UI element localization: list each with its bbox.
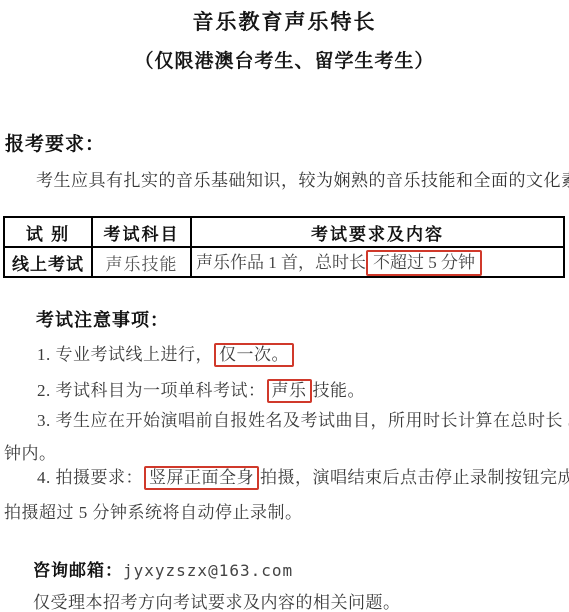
header-subject: 考试科目: [92, 217, 191, 247]
note1-highlight-box: 仅一次。: [214, 343, 294, 367]
exam-table: 试 别 考试科目 考试要求及内容 线上考试 声乐技能 声乐作品 1 首，总时长不…: [3, 216, 565, 278]
requirements-body: 考生应具有扎实的音乐基础知识，较为娴熟的音乐技能和全面的文化素养。: [36, 166, 569, 191]
notes-heading: 考试注意事项：: [36, 306, 169, 332]
note-item-3-line1: 3. 考生应在开始演唱前自报姓名及考试曲目，所用时长计算在总时长 5 分: [37, 406, 569, 431]
note2-text: 2. 考试科目为一项单科考试：: [37, 381, 266, 400]
contact-label: 咨询邮箱：: [33, 561, 123, 580]
note2-highlight-box: 声乐: [267, 379, 312, 403]
note2-suffix: 技能。: [313, 381, 366, 400]
cell-exam-type: 线上考试: [4, 247, 92, 277]
note-item-1: 1. 专业考试线上进行，仅一次。: [37, 340, 295, 367]
requirements-heading: 报考要求：: [5, 129, 105, 156]
content-prefix: 声乐作品 1 首，总时长: [196, 253, 366, 272]
note4-prefix: 4. 拍摄要求：: [37, 468, 143, 487]
page-title: 音乐教育声乐特长: [0, 6, 569, 36]
note-item-3-line2: 钟内。: [4, 439, 57, 464]
cell-content: 声乐作品 1 首，总时长不超过 5 分钟: [191, 247, 564, 277]
exam-table-header-row: 试 别 考试科目 考试要求及内容: [4, 217, 564, 247]
contact-note: 仅受理本招考方向考试要求及内容的相关问题。: [33, 588, 401, 612]
exam-table-data-row: 线上考试 声乐技能 声乐作品 1 首，总时长不超过 5 分钟: [4, 247, 564, 277]
page-subtitle: （仅限港澳台考生、留学生考生）: [0, 46, 569, 73]
contact-email: jyxyzszx@163.com: [123, 561, 293, 580]
note4-suffix: 拍摄，演唱结束后点击停止录制按钮完成录制，: [260, 468, 569, 487]
cell-subject: 声乐技能: [92, 247, 191, 277]
header-content: 考试要求及内容: [191, 217, 564, 247]
note1-text: 1. 专业考试线上进行，: [37, 345, 213, 364]
contact-row: 咨询邮箱：jyxyzszx@163.com: [33, 556, 293, 581]
note-item-4-line1: 4. 拍摄要求：竖屏正面全身拍摄，演唱结束后点击停止录制按钮完成录制，: [37, 463, 569, 490]
note4-highlight-box: 竖屏正面全身: [144, 466, 259, 490]
note-item-4-line2: 拍摄超过 5 分钟系统将自动停止录制。: [4, 498, 303, 523]
note-item-2: 2. 考试科目为一项单科考试：声乐技能。: [37, 376, 365, 403]
duration-highlight-box: 不超过 5 分钟: [366, 250, 482, 276]
header-exam-type: 试 别: [4, 217, 92, 247]
